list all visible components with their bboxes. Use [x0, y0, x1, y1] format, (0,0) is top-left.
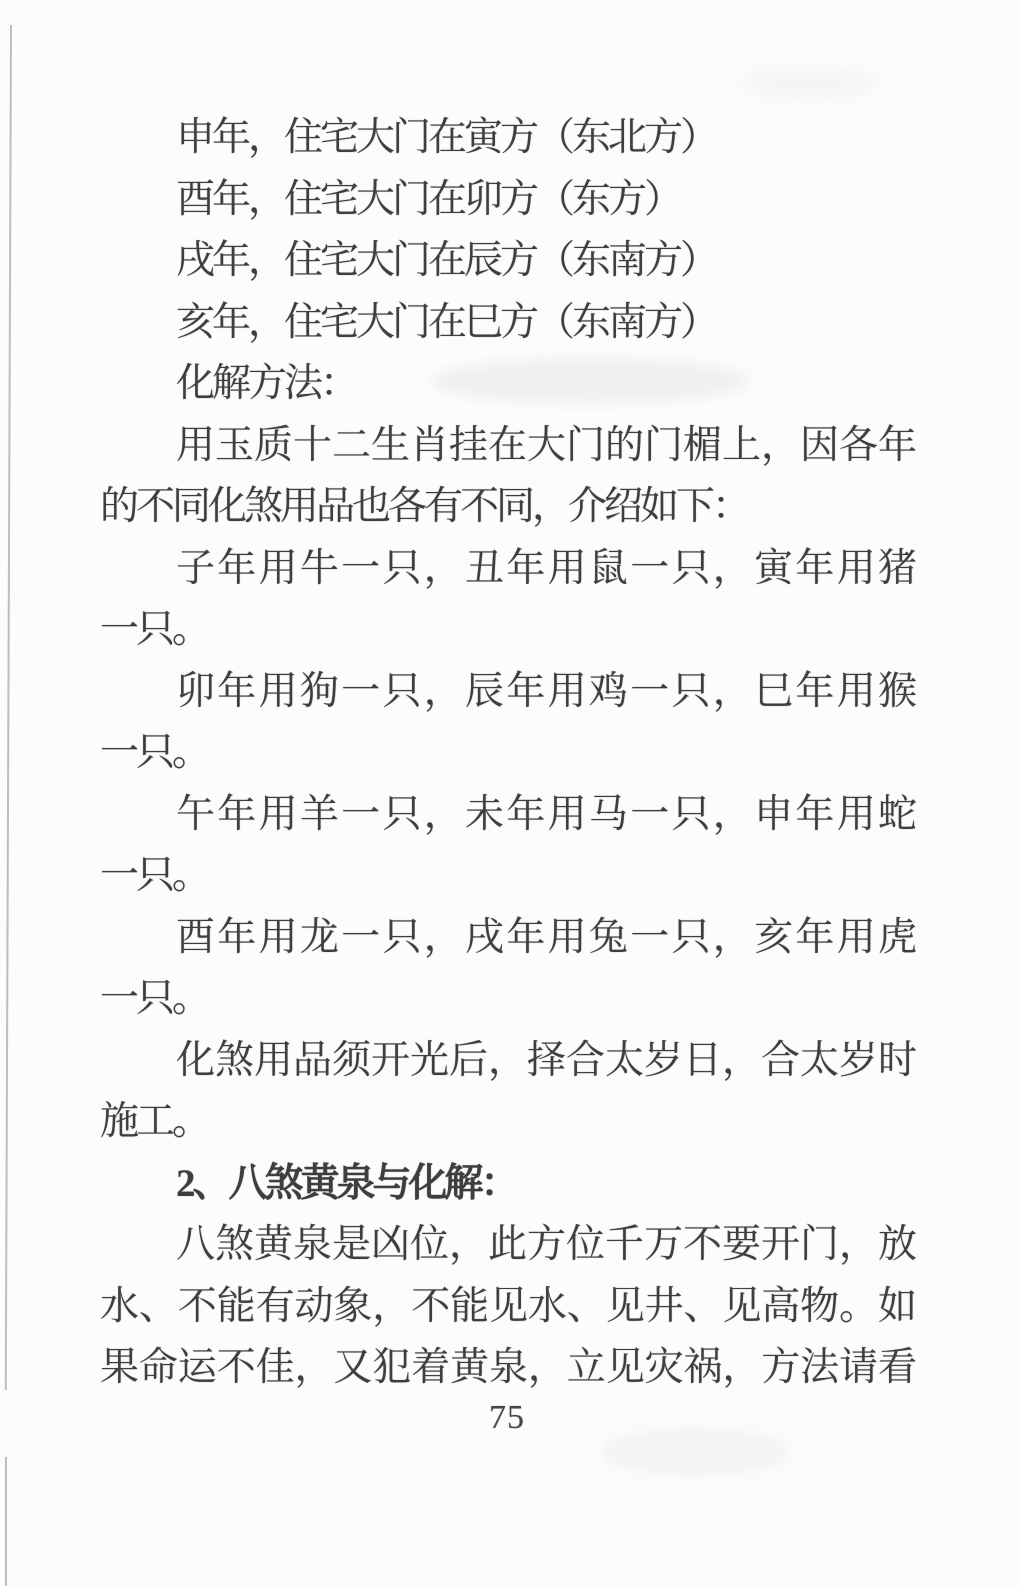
- text-line: 酉年，住宅大门在卯方（东方）: [100, 169, 914, 231]
- text-line: 化解方法：: [100, 353, 914, 415]
- text-line: 一只。: [100, 599, 914, 661]
- text-line: 酉年用龙一只，戌年用兔一只，亥年用虎: [100, 907, 914, 969]
- text-line: 一只。: [100, 722, 914, 784]
- text-line: 水、不能有动象，不能见水、见井、见高物。如: [100, 1276, 914, 1338]
- page-number: 75: [100, 1396, 914, 1440]
- text-line: 施工。: [100, 1091, 914, 1153]
- text-line: 用玉质十二生肖挂在大门的门楣上，因各年: [100, 415, 914, 477]
- text-line: 午年用羊一只，未年用马一只，申年用蛇: [100, 784, 914, 846]
- text-line: 亥年，住宅大门在巳方（东南方）: [100, 292, 914, 354]
- text-line: 化煞用品须开光后，择合太岁日，合太岁时: [100, 1030, 914, 1092]
- text-line: 果命运不佳，又犯着黄泉，立见灾祸，方法请看: [100, 1337, 914, 1399]
- text-line: 一只。: [100, 845, 914, 907]
- body-text: 申年，住宅大门在寅方（东北方） 酉年，住宅大门在卯方（东方） 戌年，住宅大门在辰…: [100, 107, 914, 1399]
- text-line: 八煞黄泉是凶位，此方位千万不要开门，放: [100, 1214, 914, 1276]
- scan-edge-line: [5, 25, 12, 1390]
- text-line: 子年用牛一只，丑年用鼠一只，寅年用猪: [100, 538, 914, 600]
- text-line: 申年，住宅大门在寅方（东北方）: [100, 107, 914, 169]
- scan-smudge: [740, 66, 880, 100]
- section-heading: 2、八煞黄泉与化解：: [100, 1153, 914, 1215]
- text-line: 一只。: [100, 968, 914, 1030]
- scanned-book-page: 申年，住宅大门在寅方（东北方） 酉年，住宅大门在卯方（东方） 戌年，住宅大门在辰…: [0, 0, 1022, 1586]
- text-line: 的不同化煞用品也各有不同，介绍如下：: [100, 476, 914, 538]
- scan-edge-line: [5, 1457, 7, 1586]
- text-line: 卯年用狗一只，辰年用鸡一只，巳年用猴: [100, 661, 914, 723]
- text-line: 戌年，住宅大门在辰方（东南方）: [100, 230, 914, 292]
